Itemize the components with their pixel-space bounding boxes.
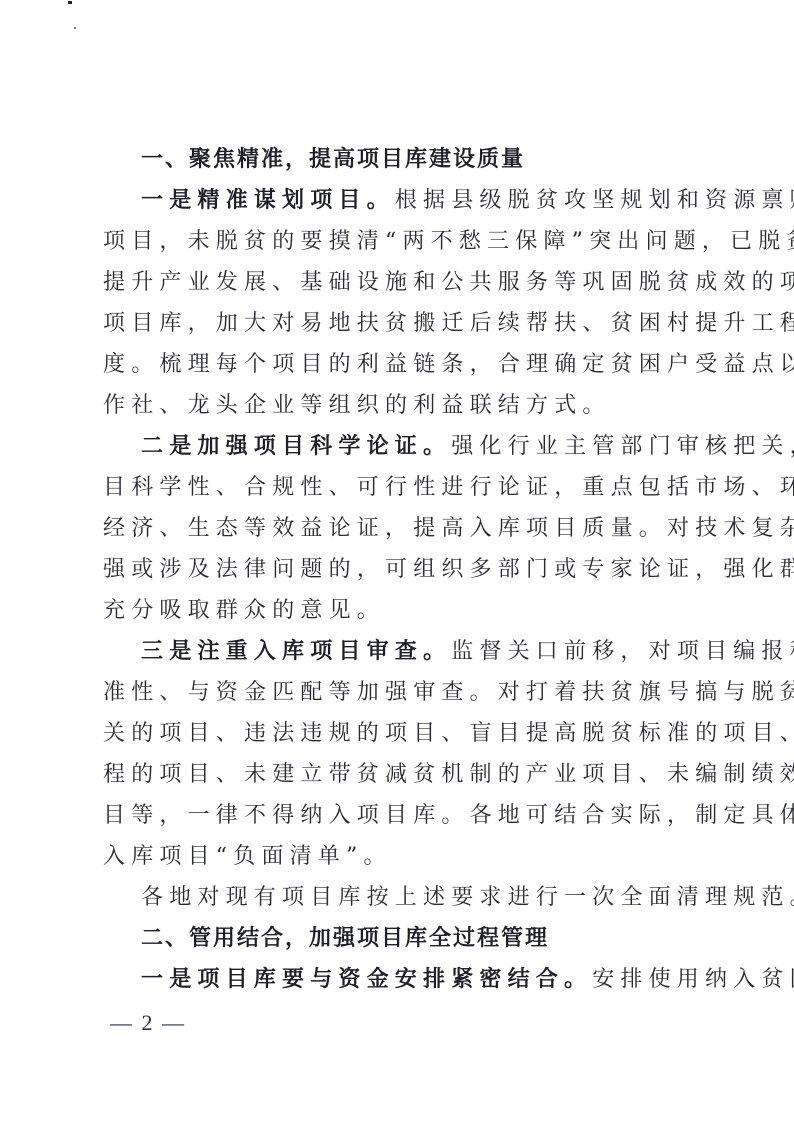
section-heading-2: 二、管用结合，加强项目库全过程管理 [103, 918, 697, 959]
paragraph-line: 项目，未脱贫的要摸清“两不愁三保障”突出问题，已脱贫的要将 [103, 221, 697, 262]
page-number: — 2 — [110, 1010, 186, 1036]
paragraph-line: 提升产业发展、基础设施和公共服务等巩固脱贫成效的项目纳入 [103, 262, 697, 303]
paragraph-text: 安排使用纳入贫困县涉 [592, 967, 794, 992]
paragraph-line: 项目库，加大对易地扶贫搬迁后续帮扶、贫困村提升工程的支持力 [103, 303, 697, 344]
paragraph-line: 入库项目“负面清单”。 [103, 836, 697, 877]
paragraph-lead: 二是加强项目科学论证。 [141, 433, 451, 459]
paragraph-3-line-1: 三是注重入库项目审查。监督关口前移，对项目编报程序、精 [103, 631, 697, 672]
paragraph-line: 程的项目、未建立带贫减贫机制的产业项目、未编制绩效目标的项 [103, 754, 697, 795]
paragraph-lead: 一是项目库要与资金安排紧密结合。 [141, 966, 592, 992]
paragraph-line: 作社、龙头企业等组织的利益联结方式。 [103, 385, 697, 426]
paragraph-text: 监督关口前移，对项目编报程序、精 [451, 639, 794, 664]
paragraph-lead: 三是注重入库项目审查。 [141, 638, 451, 664]
document-body: 一、聚焦精准，提高项目库建设质量 一是精准谋划项目。根据县级脱贫攻坚规划和资源禀… [103, 139, 697, 1000]
paragraph-4-line-1: 各地对现有项目库按上述要求进行一次全面清理规范。 [103, 877, 697, 918]
paragraph-line: 准性、与资金匹配等加强审查。对打着扶贫旗号搞与脱贫攻坚无 [103, 672, 697, 713]
paragraph-line: 经济、生态等效益论证，提高入库项目质量。对技术复杂、政策性 [103, 508, 697, 549]
paragraph-line: 度。梳理每个项目的利益链条，合理确定贫困户受益点以及与合 [103, 344, 697, 385]
paragraph-line: 充分吸取群众的意见。 [103, 590, 697, 631]
paragraph-1-line-1: 一是精准谋划项目。根据县级脱贫攻坚规划和资源禀赋选择 [103, 180, 697, 221]
paragraph-text: 强化行业主管部门审核把关，对项 [451, 434, 794, 459]
paragraph-text: 根据县级脱贫攻坚规划和资源禀赋选择 [395, 188, 794, 213]
paragraph-line: 关的项目、违法违规的项目、盲目提高脱贫标准的项目、搞形象工 [103, 713, 697, 754]
paragraph-line: 目等，一律不得纳入项目库。各地可结合实际，制定具体的项目库 [103, 795, 697, 836]
scan-speck [74, 27, 76, 29]
paragraph-lead: 一是精准谋划项目。 [141, 187, 395, 213]
paragraph-2-line-1: 二是加强项目科学论证。强化行业主管部门审核把关，对项 [103, 426, 697, 467]
document-page: 一、聚焦精准，提高项目库建设质量 一是精准谋划项目。根据县级脱贫攻坚规划和资源禀… [0, 0, 794, 1122]
paragraph-line: 强或涉及法律问题的，可组织多部门或专家论证，强化群众参与， [103, 549, 697, 590]
section-heading-1: 一、聚焦精准，提高项目库建设质量 [103, 139, 697, 180]
paragraph-line: 目科学性、合规性、可行性进行论证，重点包括市场、环保等风险， [103, 467, 697, 508]
paragraph-5-line-1: 一是项目库要与资金安排紧密结合。安排使用纳入贫困县涉 [103, 959, 697, 1000]
scan-speck [68, 1, 72, 4]
